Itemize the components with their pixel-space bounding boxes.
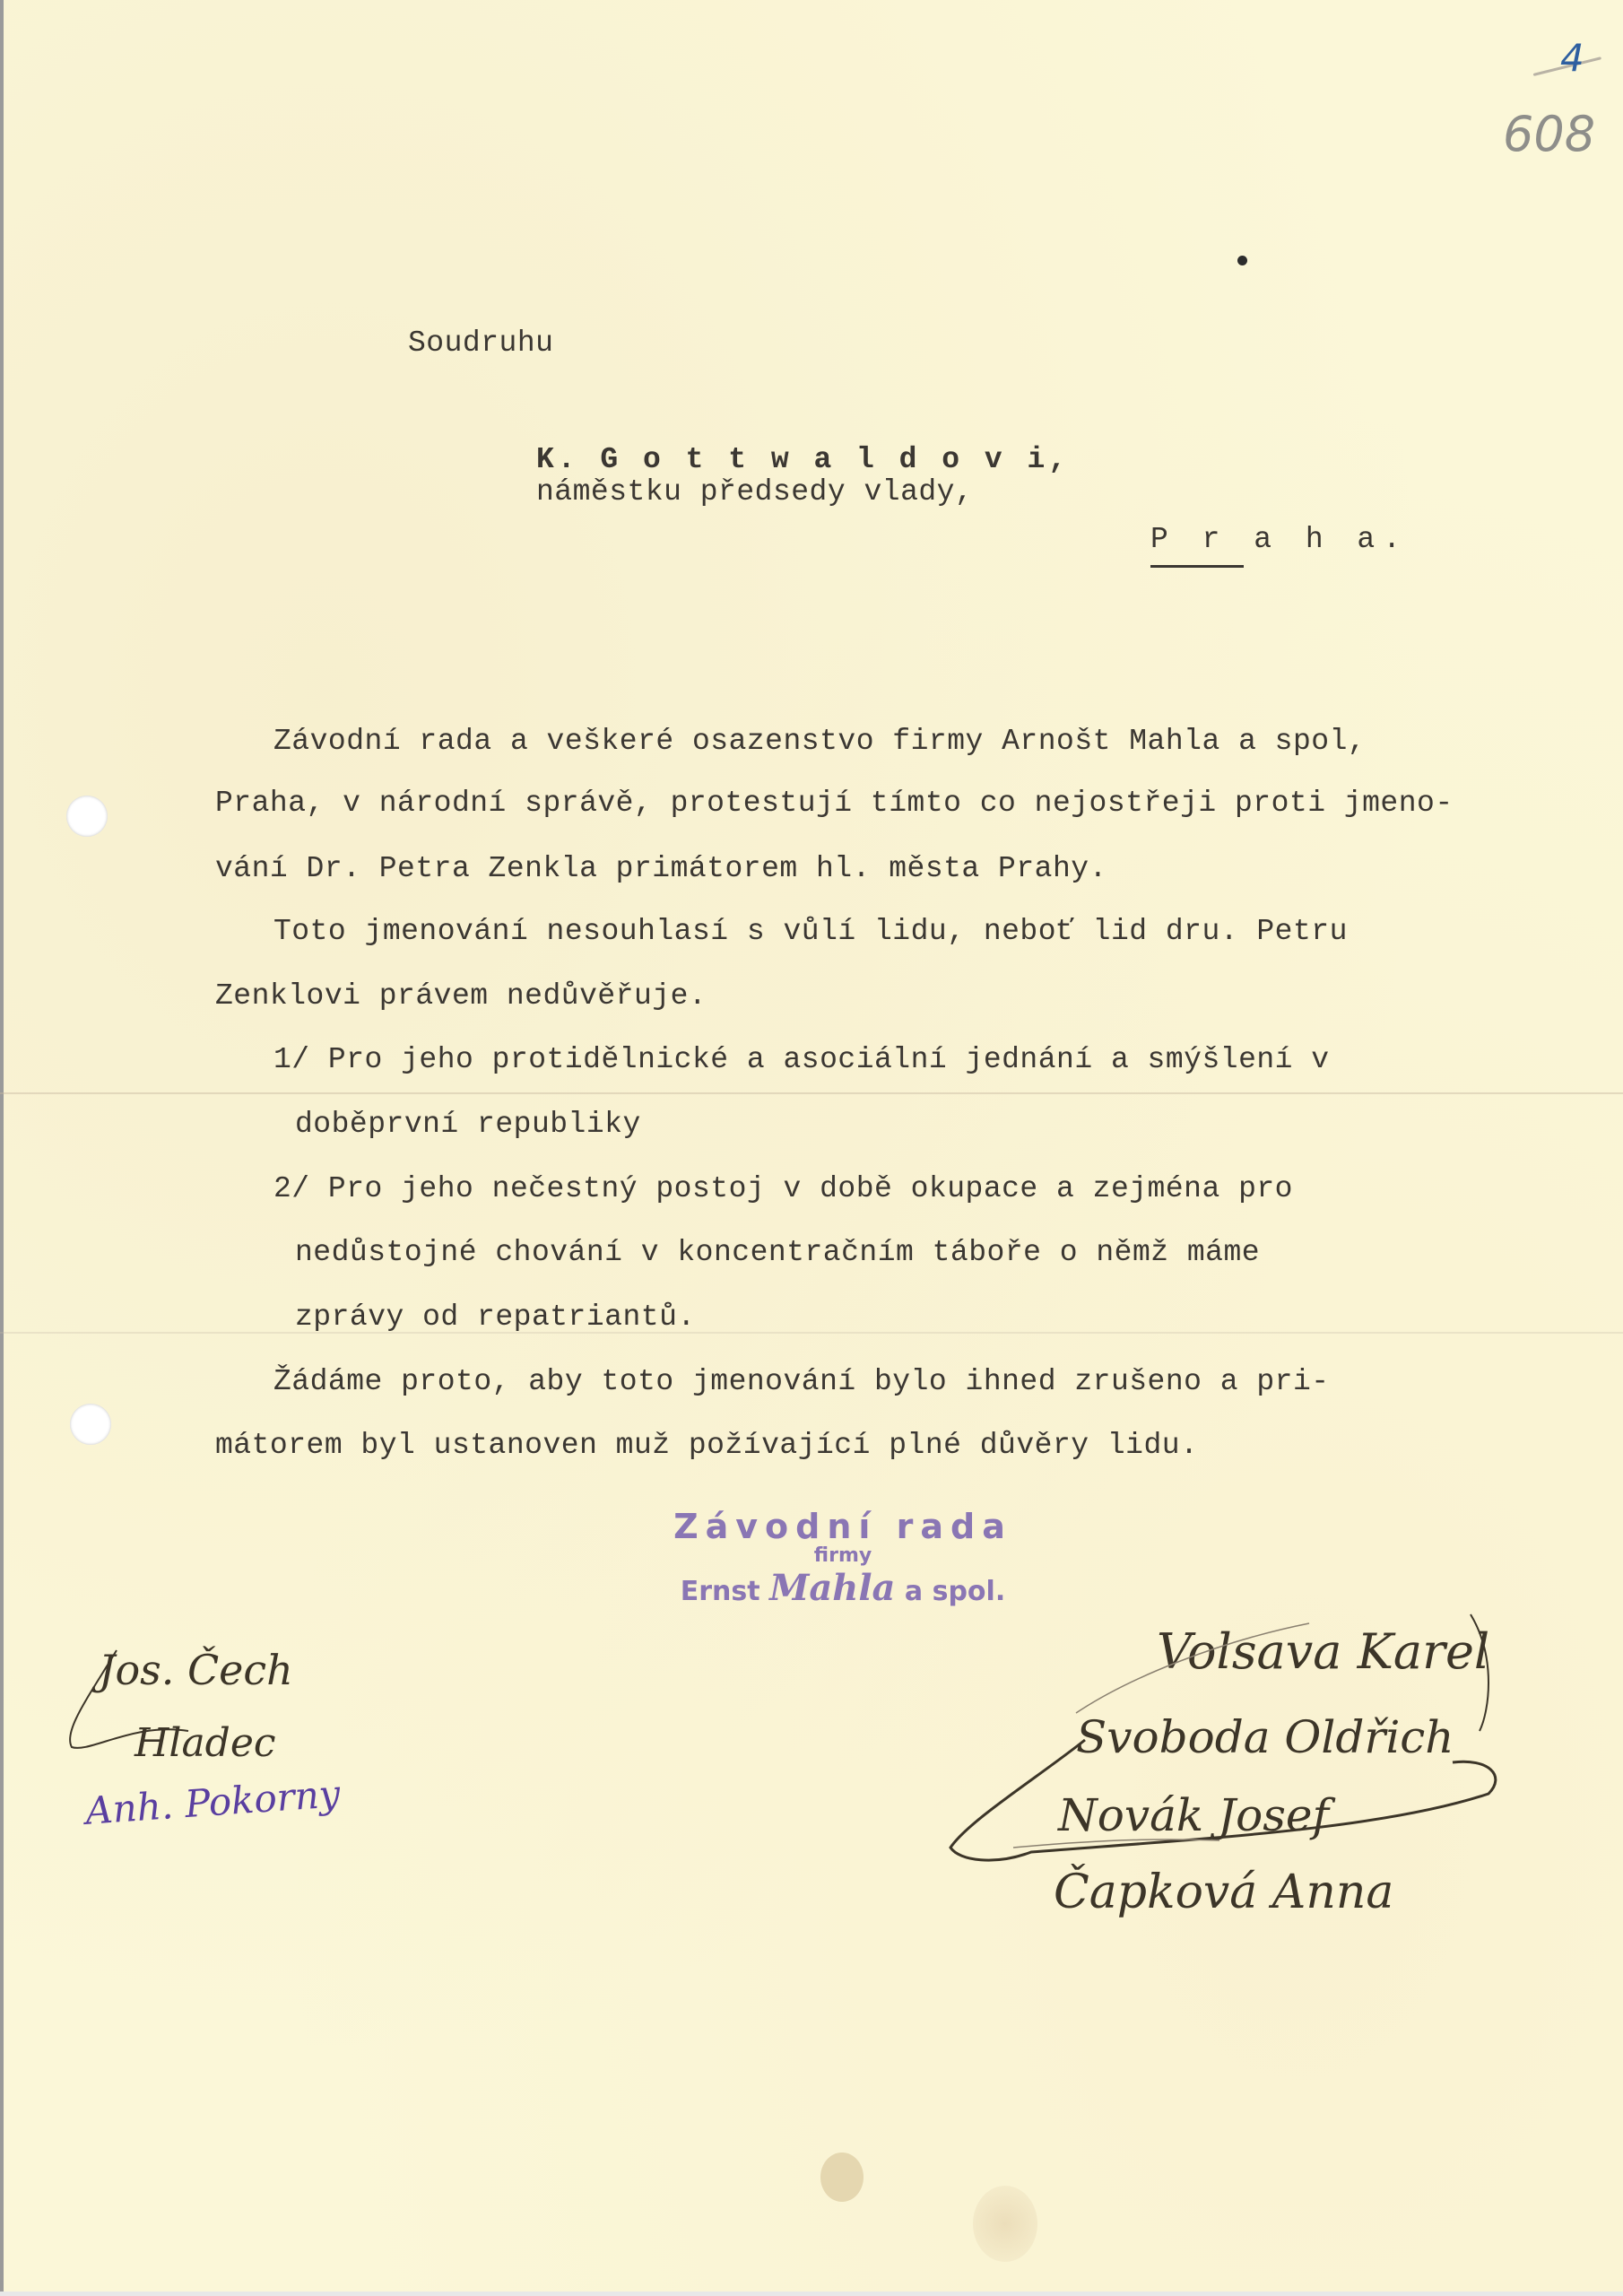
signature-flourish — [54, 1641, 233, 1767]
archive-number-blue: 4 — [1560, 36, 1584, 80]
works-council-stamp: Závodní rada firmy Ernst Mahla a spol. — [628, 1507, 1058, 1609]
ink-dot — [1237, 256, 1247, 265]
paper-fold-line — [0, 1332, 1623, 1334]
page-bottom-edge — [0, 2292, 1623, 2296]
signature-left-3: Anh. Pokorny — [84, 1771, 342, 1833]
recipient-name: K. G o t t w a l d o v i, — [536, 443, 1070, 476]
recipient-city: P r a h a. — [1150, 523, 1409, 556]
stamp-title: Závodní rada — [628, 1507, 1058, 1546]
stain-spot — [820, 2152, 864, 2202]
body-line: mátorem byl ustanoven muž požívající pln… — [215, 1429, 1198, 1462]
letter-page: 4 608 Soudruhu K. G o t t w a l d o v i,… — [0, 0, 1623, 2296]
punch-hole-bottom — [70, 1404, 111, 1445]
stamp-firm-label: firmy — [628, 1544, 1058, 1567]
body-line: vání Dr. Petra Zenkla primátorem hl. měs… — [215, 852, 1107, 885]
stamp-firm-name: Ernst Mahla a spol. — [628, 1567, 1058, 1609]
city-underline — [1150, 565, 1244, 568]
body-line: Toto jmenování nesouhlasí s vůlí lidu, n… — [273, 915, 1348, 948]
stamp-firm-script: Mahla — [769, 1567, 895, 1609]
list-item-1-line: doběprvní republiky — [295, 1108, 641, 1141]
stamp-firm-suffix: a spol. — [905, 1576, 1005, 1607]
body-line: Žádáme proto, aby toto jmenování bylo ih… — [273, 1365, 1330, 1398]
signature-flourishes — [933, 1605, 1542, 1874]
body-line: Praha, v národní správě, protestují tímt… — [215, 787, 1454, 820]
list-item-2-line: zprávy od repatriantů. — [295, 1300, 696, 1334]
list-item-2-line: nedůstojné chování v koncentračním táboř… — [295, 1236, 1260, 1269]
list-item-2-line: 2/ Pro jeho nečestný postoj v době okupa… — [273, 1172, 1293, 1205]
archive-number-pencil: 608 — [1503, 106, 1595, 162]
body-line: Závodní rada a veškeré osazenstvo firmy … — [273, 725, 1366, 758]
recipient-title: náměstku předsedy vlady, — [536, 475, 973, 509]
body-line: Zenklovi právem nedůvěřuje. — [215, 979, 707, 1013]
list-item-1-line: 1/ Pro jeho protidělnické a asociální je… — [273, 1043, 1330, 1076]
paper-fold-line — [0, 1092, 1623, 1094]
salutation: Soudruhu — [408, 326, 553, 360]
stamp-firm-prefix: Ernst — [681, 1576, 760, 1607]
stain-spot — [973, 2186, 1037, 2262]
page-left-edge — [0, 0, 4, 2296]
punch-hole-top — [66, 796, 108, 837]
